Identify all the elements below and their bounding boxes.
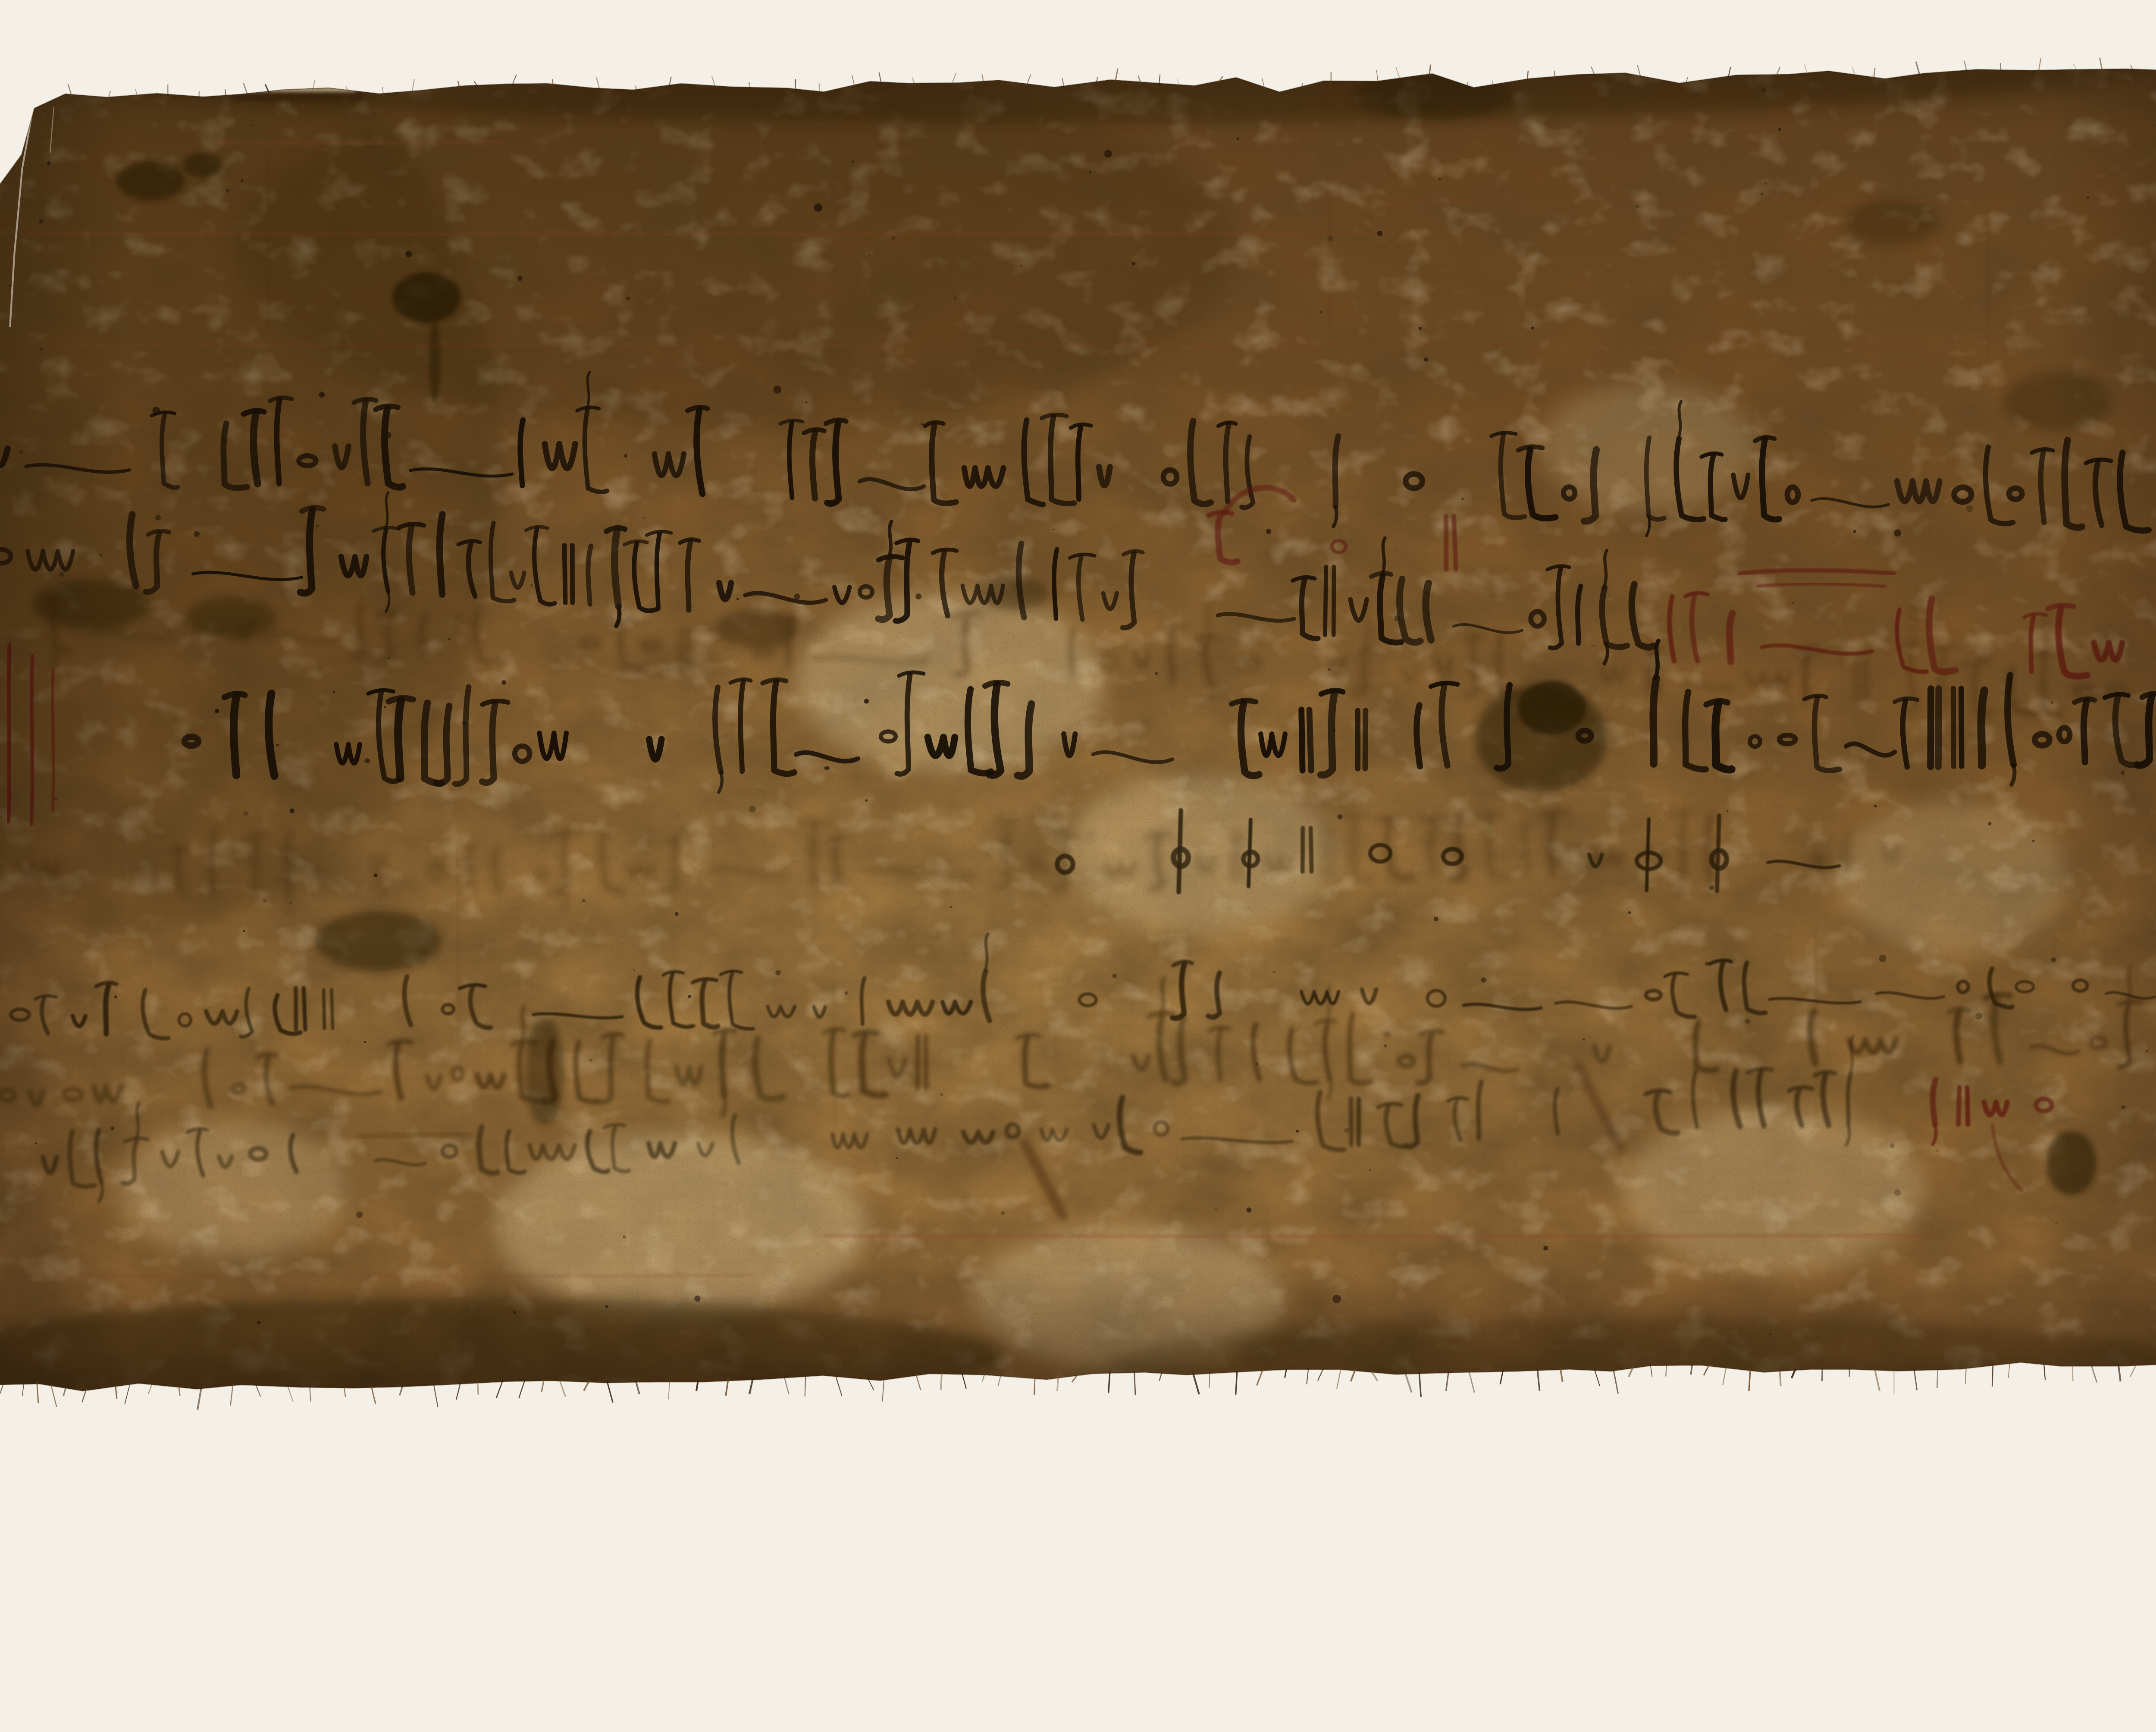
manuscript-scene [0, 0, 2156, 1440]
manuscript-photograph [0, 0, 2156, 1440]
manuscript-paper [0, 0, 2156, 1440]
